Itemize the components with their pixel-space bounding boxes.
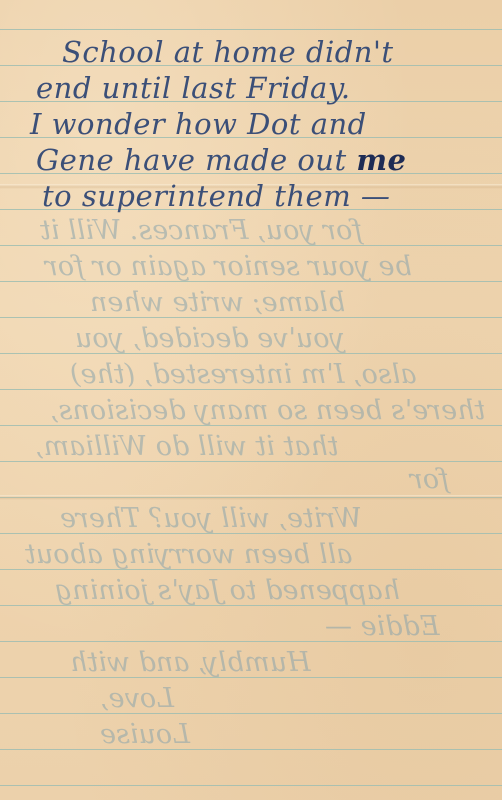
bleed-through-line: Eddie — <box>325 609 439 645</box>
handwriting-line-1: School at home didn't <box>62 34 394 70</box>
bleed-through-line: you've decided, you <box>75 321 345 357</box>
bleed-through-line: for you, Frances. Will it <box>40 213 362 249</box>
handwriting-line-2: end until last Friday. <box>36 70 351 106</box>
ruled-line <box>0 713 502 714</box>
bleed-through-line: Louise <box>100 717 190 753</box>
ruled-line <box>0 749 502 750</box>
handwriting-text: end until last Friday. <box>36 71 351 105</box>
handwriting-text: to superintend them <box>42 179 351 213</box>
bleed-through-line: for <box>410 462 449 498</box>
handwriting-inserted-word: me <box>356 143 406 177</box>
ruled-line <box>0 29 502 30</box>
handwriting-line-5: to superintend them — <box>42 178 390 214</box>
bleed-through-line: Write, will you? There <box>60 501 362 537</box>
handwriting-text: School at home didn't <box>62 35 394 69</box>
handwriting-dash: — <box>361 179 391 213</box>
letter-page: for you, Frances. Will it be your senior… <box>0 0 502 800</box>
handwriting-line-4: Gene have made out me <box>36 142 407 178</box>
bleed-through-line: blame; write when <box>90 285 345 321</box>
bleed-through-line: all been worrying about <box>25 537 352 573</box>
bleed-through-line: Humbly, and with <box>70 645 311 681</box>
ruled-line <box>0 785 502 786</box>
bleed-through-line: that it will do William, <box>35 429 339 465</box>
handwriting-text: I wonder how Dot and <box>30 107 367 141</box>
bleed-through-line: also, I'm interested, (the) <box>70 357 416 393</box>
handwriting-line-3: I wonder how Dot and <box>30 106 367 142</box>
bleed-through-line: be your senior again or for <box>45 249 412 285</box>
bleed-through-line: Love, <box>100 681 174 717</box>
bleed-through-line: there's been so many decisions, <box>50 393 485 429</box>
handwriting-text: Gene have made out <box>36 143 347 177</box>
bleed-through-line: happened to Jay's joining <box>55 573 400 609</box>
